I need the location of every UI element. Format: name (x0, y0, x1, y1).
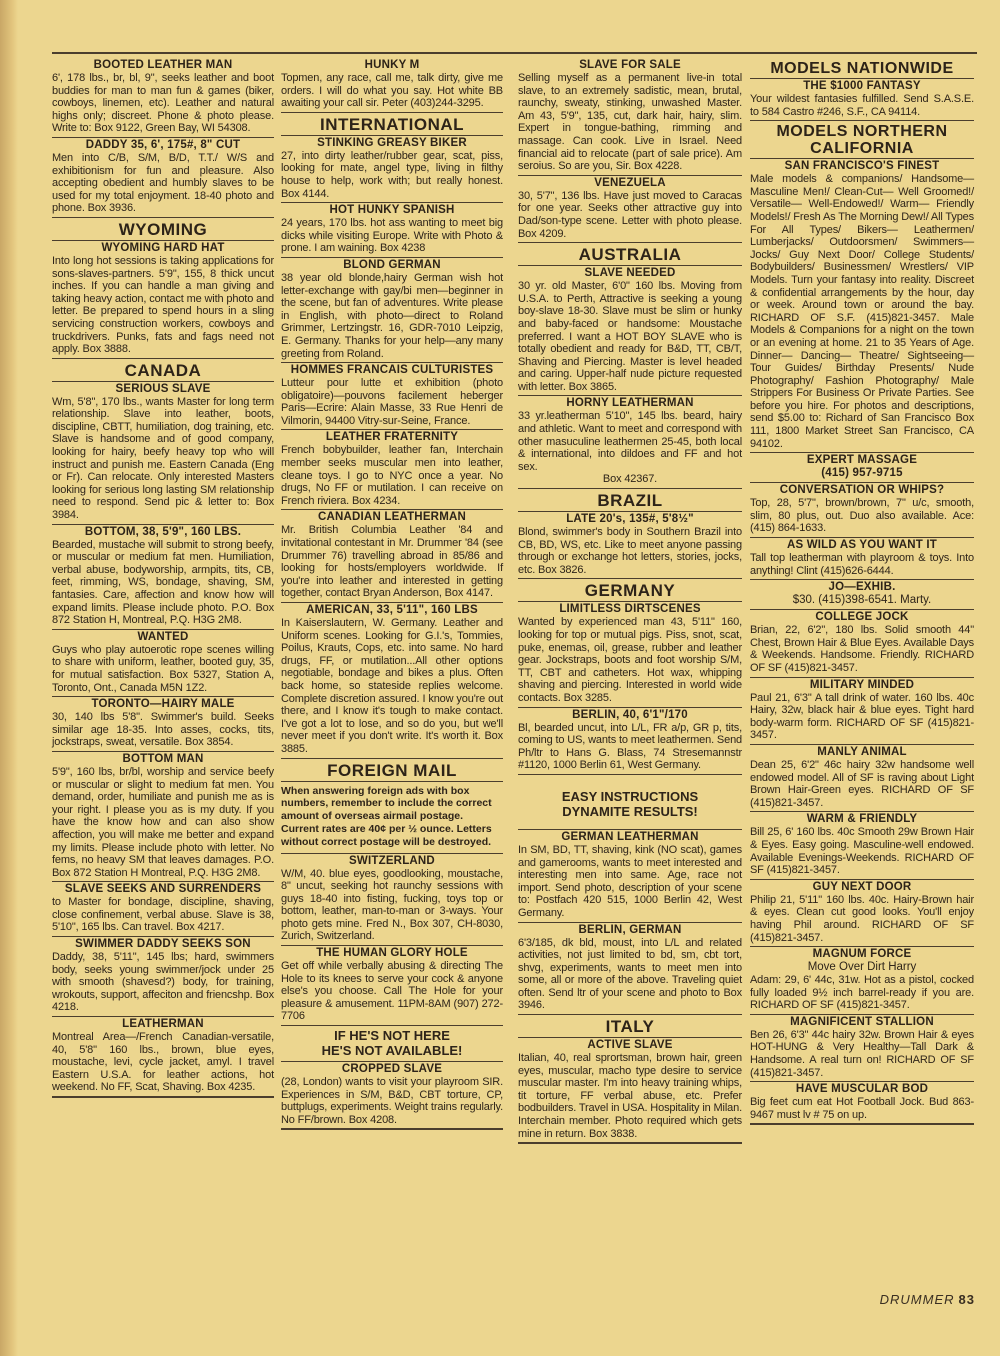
ad-title: LEATHERMAN (52, 1018, 274, 1031)
ad-body: Paul 21, 6'3" A tall drink of water. 160… (750, 692, 974, 742)
ad-title: EXPERT MASSAGE (750, 454, 974, 467)
classified-ad: SLAVE SEEKS AND SURRENDERSto Master for … (52, 882, 274, 937)
page-binding-edge (0, 0, 18, 1356)
classified-ad: SAN FRANCISCO'S FINESTMale models & comp… (750, 159, 974, 453)
classified-ad: DADDY 35, 6', 175#, 8" CUTMen into C/B, … (52, 138, 274, 218)
ad-title: BOOTED LEATHER MAN (52, 59, 274, 72)
ad-body: Lutteur pour lutte et exhibition (photo … (281, 377, 503, 427)
page-footer: DRUMMER83 (880, 1292, 975, 1307)
ad-title: HORNY LEATHERMAN (518, 397, 742, 410)
ad-title: LIMITLESS DIRTSCENES (518, 603, 742, 616)
ad-body: In SM, BD, TT, shaving, kink (NO scat), … (518, 844, 742, 920)
ad-body: 33 yr.leatherman 5'10", 145 lbs. beard, … (518, 410, 742, 473)
ad-body: Into long hot sessions is taking applica… (52, 255, 274, 356)
classified-ad: HAVE MUSCULAR BODBig feet cum eat Hot Fo… (750, 1082, 974, 1123)
ad-body: 6'3/185, dk bld, moust, into L/L and rel… (518, 937, 742, 1013)
classified-ad: THE $1000 FANTASYYour wildest fantasies … (750, 79, 974, 121)
ad-body: 30, 5'7", 136 lbs. Have just moved to Ca… (518, 190, 742, 240)
classified-ad: GERMAN LEATHERMANIn SM, BD, TT, shaving,… (518, 830, 742, 923)
classified-ad: ACTIVE SLAVEItalian, 40, real sprortsman… (518, 1038, 742, 1142)
ad-title: ACTIVE SLAVE (518, 1039, 742, 1052)
ad-body: Big feet cum eat Hot Football Jock. Bud … (750, 1096, 974, 1121)
ad-body: Guys who play autoerotic rope scenes wil… (52, 644, 274, 694)
ad-title: THE HUMAN GLORY HOLE (281, 947, 503, 960)
ad-body: 24 years, 170 lbs. hot ass wanting to me… (281, 217, 503, 255)
banner-line: IF HE'S NOT HERE (281, 1028, 503, 1043)
ad-title: SAN FRANCISCO'S FINEST (750, 160, 974, 173)
section-heading-canada: CANADA (52, 359, 274, 382)
ad-body: In Kaiserslautern, W. Germany. Leather a… (281, 617, 503, 756)
section-heading-italy: ITALY (518, 1015, 742, 1038)
ad-title: CROPPED SLAVE (281, 1063, 503, 1076)
classified-ad: SLAVE NEEDED30 yr. old Master, 6'0" 160 … (518, 266, 742, 396)
classified-ad: BOTTOM MAN5'9", 160 lbs, br/bl, worship … (52, 752, 274, 882)
ad-title: SLAVE SEEKS AND SURRENDERS (52, 883, 274, 896)
ad-body: 6', 178 lbs., br, bl, 9", seeks leather … (52, 72, 274, 135)
ad-title: JO—EXHIB. (750, 581, 974, 594)
classified-ad: SERIOUS SLAVEWm, 5'8", 170 lbs., wants M… (52, 382, 274, 525)
ad-body: Bill 25, 6' 160 lbs. 40c Smooth 29w Brow… (750, 826, 974, 876)
ad-title: SWIMMER DADDY SEEKS SON (52, 938, 274, 951)
classified-ad: MILITARY MINDEDPaul 21, 6'3" A tall drin… (750, 678, 974, 745)
ad-body: W/M, 40. blue eyes, goodlooking, moustac… (281, 868, 503, 944)
ad-subtitle: $30. (415)398-6541. Marty. (750, 594, 974, 607)
ad-title: MILITARY MINDED (750, 679, 974, 692)
ad-body: Daddy, 38, 5'11", 145 lbs; hard, swimmer… (52, 951, 274, 1014)
ad-title: HOMMES FRANCAIS CULTURISTES (281, 364, 503, 377)
ad-title: SLAVE NEEDED (518, 267, 742, 280)
ad-body: 30, 140 lbs 5'8". Swimmer's build. Seeks… (52, 711, 274, 749)
ad-body: Mr. British Columbia Leather '84 and inv… (281, 524, 503, 600)
ad-title: SERIOUS SLAVE (52, 383, 274, 396)
classified-ad: HOMMES FRANCAIS CULTURISTESLutteur pour … (281, 363, 503, 430)
ad-title: DADDY 35, 6', 175#, 8" CUT (52, 139, 274, 152)
ad-body: Blond, swimmer's body in Southern Brazil… (518, 526, 742, 576)
ad-title: MANLY ANIMAL (750, 746, 974, 759)
ad-title: WYOMING HARD HAT (52, 242, 274, 255)
ad-title: AS WILD AS YOU WANT IT (750, 539, 974, 552)
ad-title: HAVE MUSCULAR BOD (750, 1083, 974, 1096)
classified-ad: MANLY ANIMALDean 25, 6'2" 46c hairy 32w … (750, 745, 974, 812)
classified-ad: LEATHERMANMontreal Area—/French Canadian… (52, 1017, 274, 1096)
classified-ad: SWIMMER DADDY SEEKS SONDaddy, 38, 5'11",… (52, 937, 274, 1017)
page-number: 83 (959, 1292, 975, 1307)
classified-ad: LATE 20's, 135#, 5'8½"Blond, swimmer's b… (518, 512, 742, 579)
classified-ad: CROPPED SLAVE(28, London) wants to visit… (281, 1062, 503, 1128)
classified-ad: VENEZUELA30, 5'7", 136 lbs. Have just mo… (518, 176, 742, 243)
classified-ad: SWITZERLANDW/M, 40. blue eyes, goodlooki… (281, 854, 503, 947)
classified-ad: STINKING GREASY BIKER27, into dirty leat… (281, 136, 503, 203)
ad-body: 38 year old blonde,hairy German wish hot… (281, 272, 503, 360)
classified-ad: BLOND GERMAN38 year old blonde,hairy Ger… (281, 258, 503, 363)
ad-body: Men into C/B, S/M, B/D, T.T./ W/S and ex… (52, 152, 274, 215)
classified-ad: BOOTED LEATHER MAN6', 178 lbs., br, bl, … (52, 58, 274, 138)
classified-ad: CONVERSATION OR WHIPS?Top, 28, 5'7", bro… (750, 483, 974, 538)
classified-ad: SLAVE FOR SALESelling myself as a perman… (518, 58, 742, 176)
ad-body: 30 yr. old Master, 6'0" 160 lbs. Moving … (518, 280, 742, 393)
ad-body: Adam: 29, 6' 44c, 31w. Hot as a pistol, … (750, 974, 974, 1012)
ad-title: GUY NEXT DOOR (750, 881, 974, 894)
classified-ad: CANADIAN LEATHERMANMr. British Columbia … (281, 510, 503, 603)
ad-title: COLLEGE JOCK (750, 611, 974, 624)
ad-title: WANTED (52, 631, 274, 644)
section-heading-australia: AUSTRALIA (518, 243, 742, 266)
ad-title: BOTTOM MAN (52, 753, 274, 766)
ad-box-number: Box 42367. (518, 473, 742, 486)
section-heading-models-nationwide: MODELS NATIONWIDE (750, 58, 974, 79)
promo-banner: EASY INSTRUCTIONSDYNAMITE RESULTS! (518, 775, 742, 830)
column-2: HUNKY MTopmen, any race, call me, talk d… (281, 58, 503, 1130)
promo-banner: IF HE'S NOT HEREHE'S NOT AVAILABLE! (281, 1026, 503, 1062)
ad-body: Tall top leatherman with playroom & toys… (750, 552, 974, 577)
ad-body: Philip 21, 5'11" 160 lbs. 40c. Hairy-Bro… (750, 894, 974, 944)
ad-title: SLAVE FOR SALE (518, 59, 742, 72)
ad-body: (28, London) wants to visit your playroo… (281, 1076, 503, 1126)
classified-ad: GUY NEXT DOORPhilip 21, 5'11" 160 lbs. 4… (750, 880, 974, 947)
classified-ad: TORONTO—HAIRY MALE30, 140 lbs 5'8". Swim… (52, 697, 274, 752)
banner-line: HE'S NOT AVAILABLE! (281, 1043, 503, 1058)
classified-ad: AS WILD AS YOU WANT ITTall top leatherma… (750, 538, 974, 580)
classified-ads-page: BOOTED LEATHER MAN6', 178 lbs., br, bl, … (52, 52, 977, 1312)
classified-ad: WYOMING HARD HATInto long hot sessions i… (52, 241, 274, 359)
ad-body: Ben 26, 6'3" 44c hairy 32w. Brown Hair &… (750, 1029, 974, 1079)
ad-title: AMERICAN, 33, 5'11", 160 LBS (281, 604, 503, 617)
ad-body: Top, 28, 5'7", brown/brown, 7" u/c, smoo… (750, 497, 974, 535)
classified-ad: MAGNUM FORCEMove Over Dirt HarryAdam: 29… (750, 947, 974, 1015)
classified-ad: HORNY LEATHERMAN33 yr.leatherman 5'10", … (518, 396, 742, 489)
ad-body: Wanted by experienced man 43, 5'11" 160,… (518, 616, 742, 704)
classified-ad: BERLIN, GERMAN6'3/185, dk bld, moust, in… (518, 923, 742, 1016)
ad-title: TORONTO—HAIRY MALE (52, 698, 274, 711)
ad-title: WARM & FRIENDLY (750, 813, 974, 826)
section-heading-foreign-mail: FOREIGN MAIL (281, 759, 503, 782)
ad-body: Your wildest fantasies fulfilled. Send S… (750, 93, 974, 118)
ad-title: BLOND GERMAN (281, 259, 503, 272)
classified-ad: WARM & FRIENDLYBill 25, 6' 160 lbs. 40c … (750, 812, 974, 879)
ad-body: Montreal Area—/French Canadian-versatile… (52, 1031, 274, 1094)
ad-body: Italian, 40, real sprortsman, brown hair… (518, 1052, 742, 1140)
ad-title: SWITZERLAND (281, 855, 503, 868)
top-rule (52, 52, 977, 54)
ad-phone: (415) 957-9715 (750, 467, 974, 480)
section-heading-international: INTERNATIONAL (281, 113, 503, 136)
ad-body: 5'9", 160 lbs, br/bl, worship and servic… (52, 766, 274, 879)
column-4: MODELS NATIONWIDETHE $1000 FANTASYYour w… (750, 58, 974, 1125)
ad-body: Selling myself as a permanent live-in to… (518, 72, 742, 173)
ad-body: Get off while verbally abusing & directi… (281, 960, 503, 1023)
ad-subtitle: Move Over Dirt Harry (750, 961, 974, 974)
ad-body: Bl, bearded uncut, into L/L, FR a/p, GR … (518, 722, 742, 772)
ad-title: LATE 20's, 135#, 5'8½" (518, 513, 742, 526)
ad-title: LEATHER FRATERNITY (281, 431, 503, 444)
ad-body: Brian, 22, 6'2", 180 lbs. Solid smooth 4… (750, 624, 974, 674)
classified-ad: MAGNIFICENT STALLIONBen 26, 6'3" 44c hai… (750, 1015, 974, 1082)
ad-title: STINKING GREASY BIKER (281, 137, 503, 150)
ad-title: THE $1000 FANTASY (750, 80, 974, 93)
ad-title: CONVERSATION OR WHIPS? (750, 484, 974, 497)
classified-ad: BERLIN, 40, 6'1"/170Bl, bearded uncut, i… (518, 708, 742, 775)
ad-title: HUNKY M (281, 59, 503, 72)
classified-ad: JO—EXHIB.$30. (415)398-6541. Marty. (750, 580, 974, 610)
section-heading-models-northern-california: MODELS NORTHERN CALIFORNIA (750, 121, 974, 159)
ad-title: MAGNUM FORCE (750, 948, 974, 961)
ad-title: CANADIAN LEATHERMAN (281, 511, 503, 524)
banner-line: EASY INSTRUCTIONS (518, 789, 742, 804)
ad-title: BERLIN, GERMAN (518, 924, 742, 937)
section-heading-brazil: BRAZIL (518, 489, 742, 512)
ad-body: Topmen, any race, call me, talk dirty, g… (281, 72, 503, 110)
ad-body: French bobybuilder, leather fan, Interch… (281, 444, 503, 507)
ad-title: GERMAN LEATHERMAN (518, 831, 742, 844)
classified-ad: LEATHER FRATERNITYFrench bobybuilder, le… (281, 430, 503, 510)
classified-ad: HUNKY MTopmen, any race, call me, talk d… (281, 58, 503, 113)
ad-body: Dean 25, 6'2" 46c hairy 32w handsome wel… (750, 759, 974, 809)
section-heading-wyoming: WYOMING (52, 218, 274, 241)
classified-ad: AMERICAN, 33, 5'11", 160 LBSIn Kaisersla… (281, 603, 503, 759)
column-3: SLAVE FOR SALESelling myself as a perman… (518, 58, 742, 1144)
foreign-mail-notice: When answering foreign ads with box numb… (281, 782, 503, 854)
ad-title: BOTTOM, 38, 5'9", 160 LBS. (52, 526, 274, 539)
banner-line: DYNAMITE RESULTS! (518, 804, 742, 819)
ad-title: HOT HUNKY SPANISH (281, 204, 503, 217)
ad-body: 27, into dirty leather/rubber gear, scat… (281, 150, 503, 200)
classified-ad: WANTEDGuys who play autoerotic rope scen… (52, 630, 274, 697)
ad-title: MAGNIFICENT STALLION (750, 1016, 974, 1029)
ad-title: VENEZUELA (518, 177, 742, 190)
ad-body: Bearded, mustache will submit to strong … (52, 539, 274, 627)
column-1: BOOTED LEATHER MAN6', 178 lbs., br, bl, … (52, 58, 274, 1098)
classified-ad: BOTTOM, 38, 5'9", 160 LBS.Bearded, musta… (52, 525, 274, 630)
magazine-name: DRUMMER (880, 1292, 955, 1307)
ad-body: Male models & companions/ Handsome— Masc… (750, 173, 974, 450)
ad-body: to Master for bondage, discipline, shavi… (52, 896, 274, 934)
classified-ad: THE HUMAN GLORY HOLEGet off while verbal… (281, 946, 503, 1026)
classified-ad: COLLEGE JOCKBrian, 22, 6'2", 180 lbs. So… (750, 610, 974, 677)
section-heading-germany: GERMANY (518, 579, 742, 602)
ad-body: Wm, 5'8", 170 lbs., wants Master for lon… (52, 396, 274, 522)
classified-ad: EXPERT MASSAGE(415) 957-9715 (750, 453, 974, 483)
classified-ad: HOT HUNKY SPANISH24 years, 170 lbs. hot … (281, 203, 503, 258)
ad-title: BERLIN, 40, 6'1"/170 (518, 709, 742, 722)
classified-ad: LIMITLESS DIRTSCENESWanted by experience… (518, 602, 742, 707)
